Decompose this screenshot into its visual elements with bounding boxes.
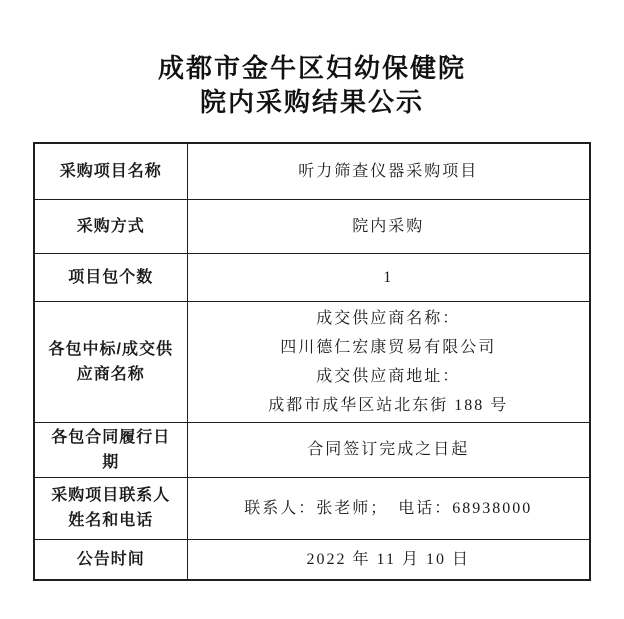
row-label-contact-info: 采购项目联系人姓名和电话 — [34, 477, 187, 539]
page-title-line-1: 成都市金牛区妇幼保健院 — [0, 52, 624, 86]
row-value-package-count: 1 — [187, 253, 590, 301]
table-row-contact-info: 采购项目联系人姓名和电话 联系人：张老师； 电话：68938000 — [34, 477, 590, 539]
table-row-supplier-info: 各包中标/成交供应商名称 成交供应商名称： 四川德仁宏康贸易有限公司 成交供应商… — [34, 301, 590, 422]
row-value-supplier-info: 成交供应商名称： 四川德仁宏康贸易有限公司 成交供应商地址： 成都市成华区站北东… — [187, 301, 590, 422]
row-label-procurement-method: 采购方式 — [34, 199, 187, 253]
row-value-procurement-method: 院内采购 — [187, 199, 590, 253]
row-value-contact-info: 联系人：张老师； 电话：68938000 — [187, 477, 590, 539]
row-value-project-name: 听力筛查仪器采购项目 — [187, 143, 590, 199]
row-label-contract-date: 各包合同履行日期 — [34, 422, 187, 477]
table-row-project-name: 采购项目名称 听力筛查仪器采购项目 — [34, 143, 590, 199]
procurement-announcement-page: 成都市金牛区妇幼保健院 院内采购结果公示 采购项目名称 听力筛查仪器采购项目 采… — [0, 0, 624, 619]
row-label-package-count: 项目包个数 — [34, 253, 187, 301]
table-row-procurement-method: 采购方式 院内采购 — [34, 199, 590, 253]
page-title-line-2: 院内采购结果公示 — [0, 86, 624, 120]
row-label-project-name: 采购项目名称 — [34, 143, 187, 199]
row-value-announcement-date: 2022 年 11 月 10 日 — [187, 539, 590, 580]
row-value-contract-date: 合同签订完成之日起 — [187, 422, 590, 477]
procurement-result-table: 采购项目名称 听力筛查仪器采购项目 采购方式 院内采购 项目包个数 1 各包中标… — [33, 142, 591, 581]
row-label-announcement-date: 公告时间 — [34, 539, 187, 580]
table-row-announcement-date: 公告时间 2022 年 11 月 10 日 — [34, 539, 590, 580]
page-title: 成都市金牛区妇幼保健院 院内采购结果公示 — [0, 52, 624, 120]
row-label-supplier-info: 各包中标/成交供应商名称 — [34, 301, 187, 422]
table-row-package-count: 项目包个数 1 — [34, 253, 590, 301]
table-row-contract-date: 各包合同履行日期 合同签订完成之日起 — [34, 422, 590, 477]
